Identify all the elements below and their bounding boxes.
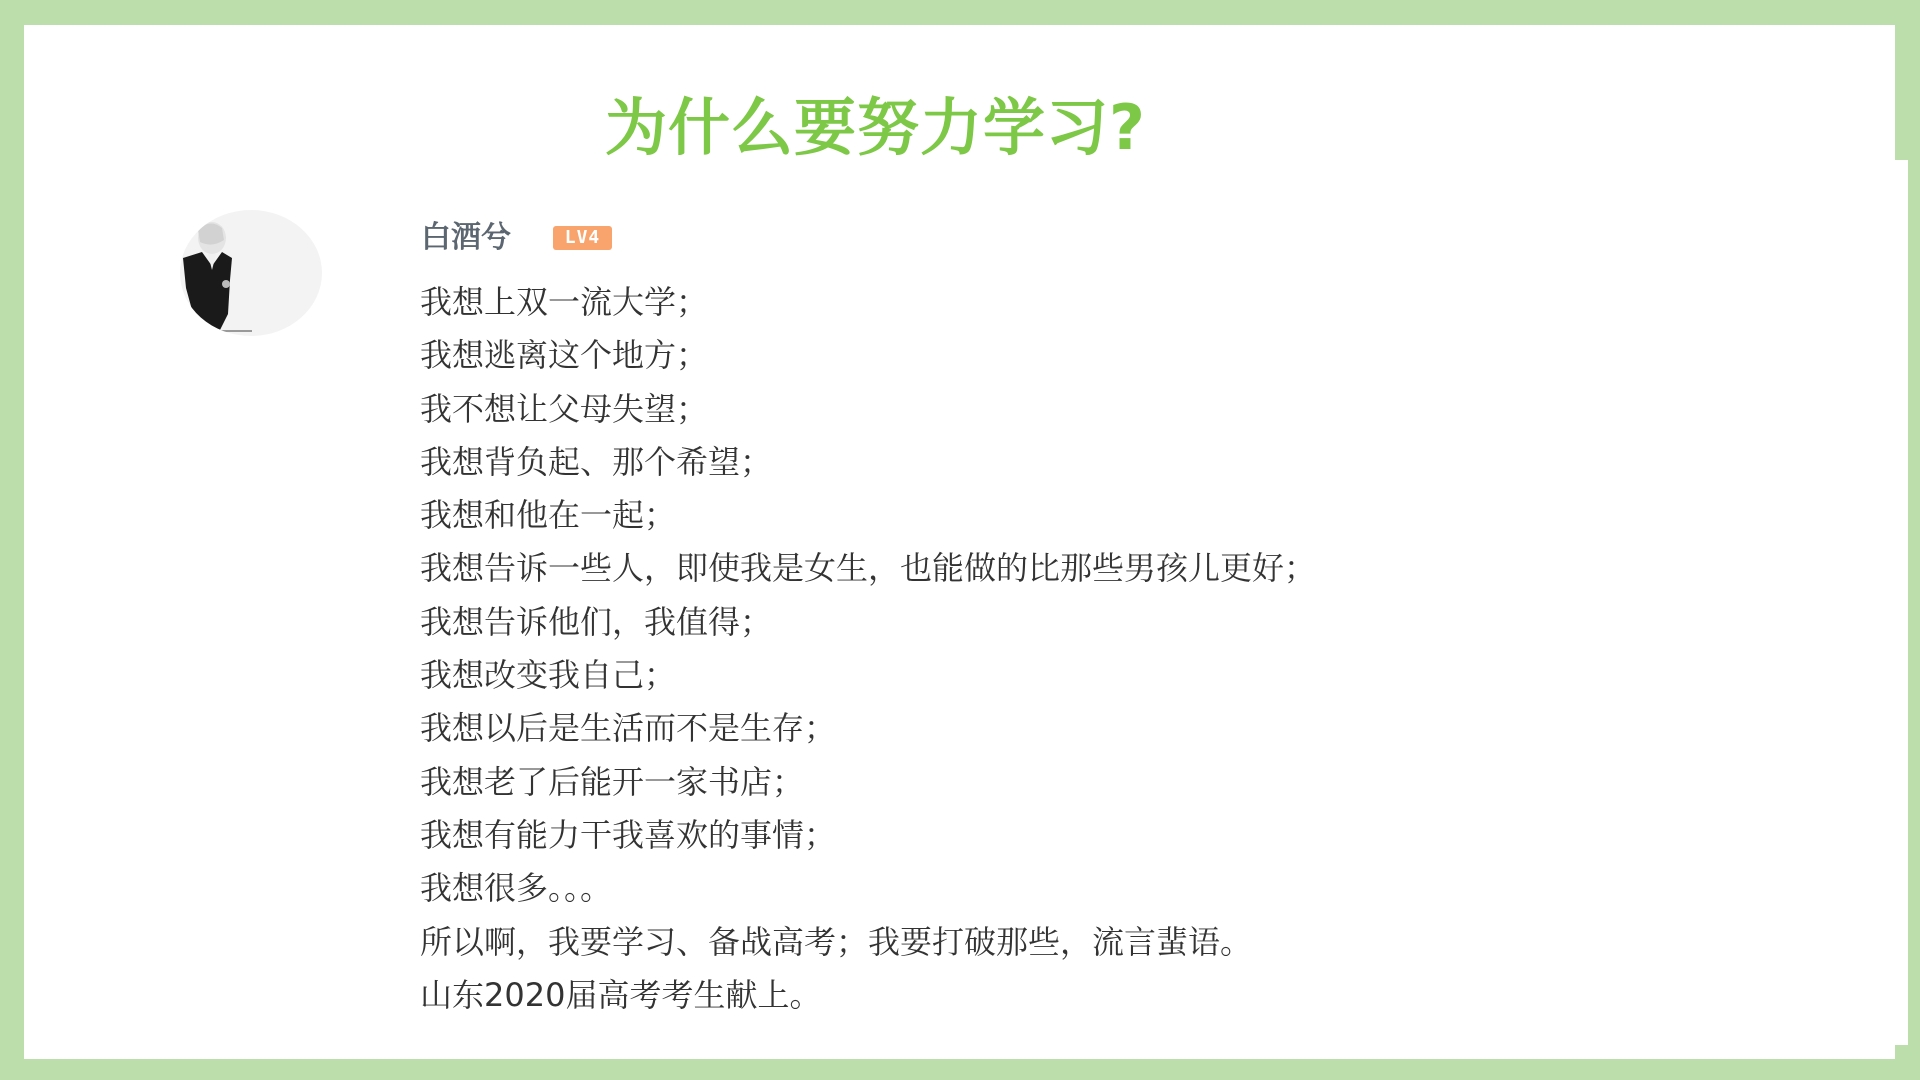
slide-title: 为什么要努力学习? xyxy=(605,88,1146,168)
post-line: 我想以后是生活而不是生存； xyxy=(420,702,1316,755)
post-body: 我想上双一流大学； 我想逃离这个地方； 我不想让父母失望； 我想背负起、那个希望… xyxy=(420,276,1316,1022)
post-line: 我想老了后能开一家书店； xyxy=(420,756,1316,809)
post-line: 我想背负起、那个希望； xyxy=(420,436,1316,489)
post-line: 我想和他在一起； xyxy=(420,489,1316,542)
post-line: 我想告诉一些人，即使我是女生，也能做的比那些男孩儿更好； xyxy=(420,542,1316,595)
post-line: 山东2020届高考考生献上。 xyxy=(420,969,1316,1022)
post-line: 我不想让父母失望； xyxy=(420,383,1316,436)
level-badge: LV4 xyxy=(553,226,612,250)
post-line: 我想逃离这个地方； xyxy=(420,329,1316,382)
post-line: 我想告诉他们，我值得； xyxy=(420,596,1316,649)
post-line: 我想有能力干我喜欢的事情； xyxy=(420,809,1316,862)
post-line: 我想上双一流大学； xyxy=(420,276,1316,329)
username[interactable]: 白酒兮 xyxy=(421,220,511,256)
post-line: 我想改变我自己； xyxy=(420,649,1316,702)
slide: 为什么要努力学习? 白酒兮 LV4 我想上双一流大学； 我想逃离这个地方； 我不… xyxy=(0,0,1920,1080)
avatar[interactable] xyxy=(180,210,322,336)
avatar-icon xyxy=(180,210,322,336)
content-card-edge xyxy=(1895,160,1908,1045)
post-line: 所以啊，我要学习、备战高考；我要打破那些，流言蜚语。 xyxy=(420,916,1316,969)
post-line: 我想很多。。。 xyxy=(420,862,1316,915)
